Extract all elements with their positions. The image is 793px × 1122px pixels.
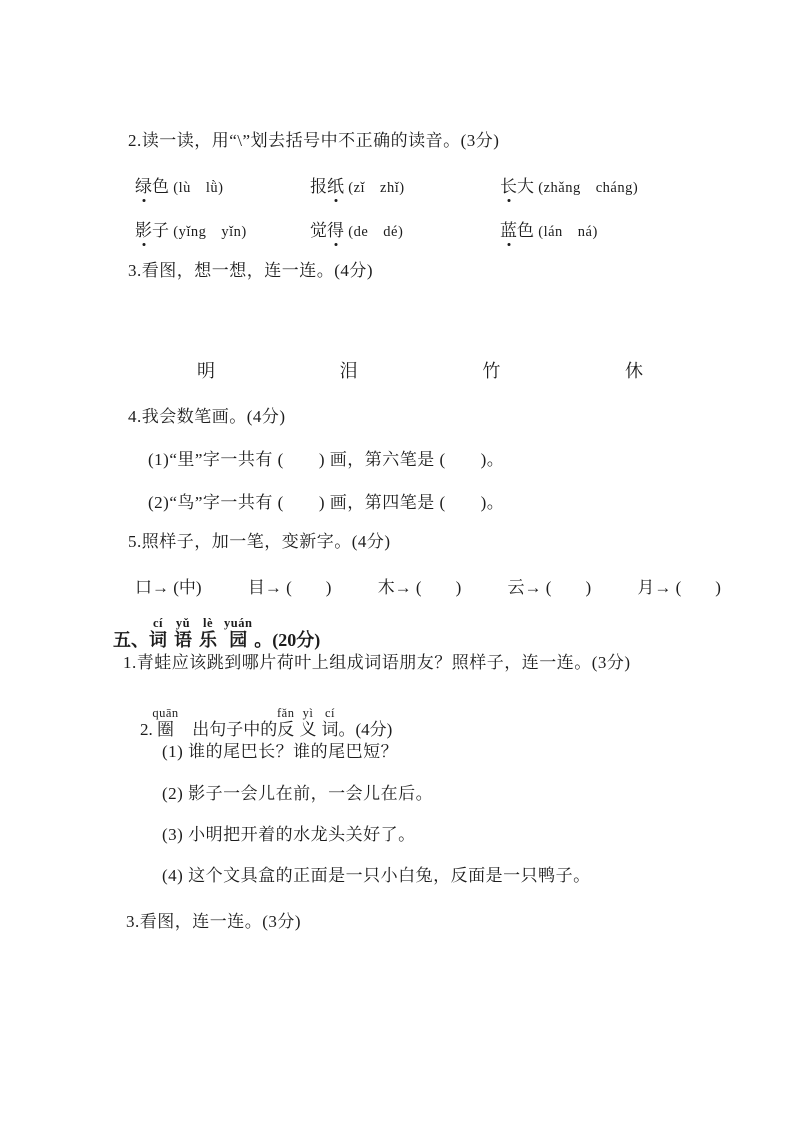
connect-character: 泪: [340, 357, 358, 383]
circle-pinyin: quān: [152, 706, 178, 720]
title-char: 乐lè: [199, 630, 217, 650]
s5-q2-sentence-4: (4) 这个文具盒的正面是一只小白兔，反面是一只鸭子。: [162, 865, 591, 887]
q4-item-1: (1)“里”字一共有 ( ) 画，第六笔是 ( )。: [148, 449, 504, 471]
tested-character: 绿: [135, 172, 152, 197]
q4-item-2: (2)“鸟”字一共有 ( ) 画，第四笔是 ( )。: [148, 492, 504, 514]
pinyin-options: (yǐng yǐn): [173, 224, 246, 240]
title-pinyin: lè: [199, 616, 217, 630]
title-char: 语yǔ: [174, 630, 192, 650]
pinyin-options: (lù lǜ): [173, 180, 223, 196]
pinyin-options: (zǐ zhǐ): [348, 180, 404, 196]
pinyin-options: (zhǎng cháng): [538, 180, 638, 196]
q5-arrow-row: 口→ (中) 目→ ( ) 木→ ( ) 云→ ( ) 月→ ( ): [135, 573, 721, 598]
worksheet-page: 2.读一读，用“\”划去括号中不正确的读音。(3分) 绿色 (lù lǜ) 报纸…: [0, 0, 793, 1122]
word-baozhi: 报纸 (zǐ zhǐ): [310, 172, 500, 197]
q2-prompt: 2.读一读，用“\”划去括号中不正确的读音。(3分): [128, 130, 499, 152]
target-char: 义yì: [299, 720, 316, 739]
tested-character: 影: [135, 216, 152, 241]
title-char: 词cí: [149, 630, 167, 650]
item-score: 。(4分): [338, 720, 392, 739]
title-pinyin: cí: [149, 616, 167, 630]
q3-character-row: 明 泪 竹 休: [197, 357, 643, 383]
pinyin-options: (lán ná): [538, 224, 598, 240]
q2-word-grid: 绿色 (lù lǜ) 报纸 (zǐ zhǐ) 长大 (zhǎng cháng) …: [135, 172, 720, 241]
connect-character: 休: [625, 357, 643, 383]
word-luse: 绿色 (lù lǜ): [135, 172, 310, 197]
q4-prompt: 4.我会数笔画。(4分): [128, 406, 286, 428]
connect-character: 明: [197, 357, 215, 383]
stroke-pair: 木→ ( ): [378, 573, 462, 598]
s5-q2-sentence-1: (1) 谁的尾巴长？谁的尾巴短？: [162, 741, 398, 763]
word-lanse: 蓝色 (lán ná): [500, 216, 720, 241]
s5-q1-prompt: 1.青蛙应该跳到哪片荷叶上组成词语朋友？照样子，连一连。(3分): [123, 652, 631, 674]
pinyin-options: (de dé): [348, 224, 403, 240]
stroke-pair: 月→ ( ): [637, 573, 721, 598]
target-char: 词cí: [321, 720, 338, 739]
stroke-pair: 目→ ( ): [248, 573, 332, 598]
title-pinyin: yuán: [224, 616, 252, 630]
connect-character: 竹: [482, 357, 500, 383]
s5-q3-prompt: 3.看图，连一连。(3分): [126, 911, 301, 933]
tested-character: 蓝: [500, 216, 517, 241]
circle-character: 圈quān: [157, 720, 174, 739]
q5-prompt: 5.照样子，加一笔，变新字。(4分): [128, 531, 391, 553]
s5-q2-sentence-2: (2) 影子一会儿在前，一会儿在后。: [162, 783, 433, 805]
tested-character: 长: [500, 172, 517, 197]
tested-character: 得: [327, 216, 344, 241]
title-pinyin: yǔ: [174, 616, 192, 630]
section-score: 。(20分): [254, 630, 320, 650]
q3-prompt: 3.看图，想一想，连一连。(4分): [128, 260, 373, 282]
tested-character: 纸: [327, 172, 344, 197]
section-number: 五、: [113, 630, 149, 650]
word-yingzi: 影子 (yǐng yǐn): [135, 216, 310, 241]
target-char: 反fǎn: [277, 720, 294, 739]
word-juede: 觉得 (de dé): [310, 216, 500, 241]
stroke-pair: 云→ ( ): [508, 573, 592, 598]
stroke-pair-example: 口→ (中): [135, 573, 202, 598]
s5-q2-sentence-3: (3) 小明把开着的水龙头关好了。: [162, 824, 416, 846]
word-zhangda: 长大 (zhǎng cháng): [500, 172, 720, 197]
title-char: 园yuán: [224, 630, 247, 650]
